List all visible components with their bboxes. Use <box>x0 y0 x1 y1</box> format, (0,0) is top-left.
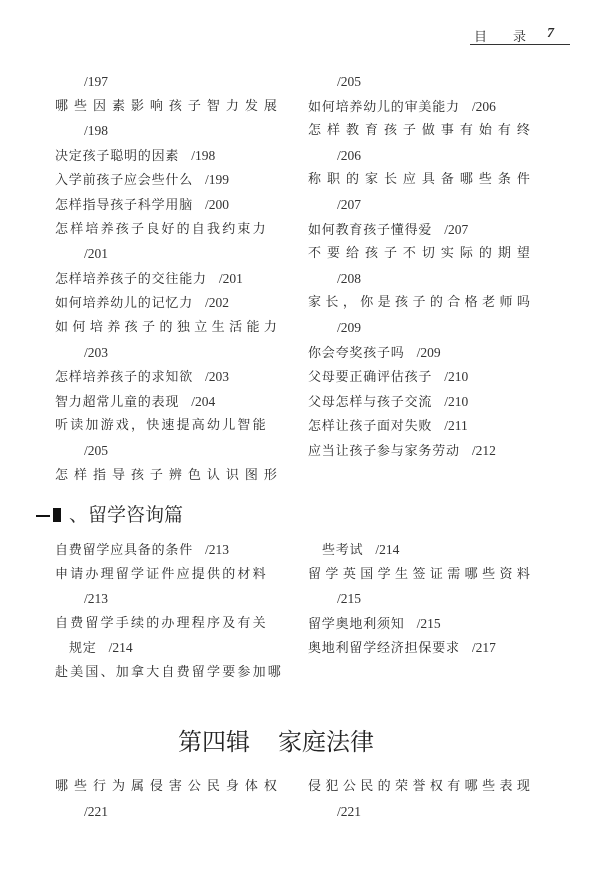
toc-entry-title: 侵犯公民的荣誉权有哪些表现 <box>308 779 530 795</box>
toc-entry: /206 <box>337 148 361 165</box>
toc-entry-page: /215 <box>417 616 441 631</box>
section-heading-study-abroad: 、留学咨询篇 <box>36 504 183 526</box>
toc-entry: 怎样让孩子面对失败/211 <box>308 418 468 435</box>
part-title: 第四辑家庭法律 <box>178 727 374 757</box>
toc-entry: 父母怎样与孩子交流/210 <box>308 394 468 411</box>
toc-entry: 自费留学应具备的条件/213 <box>55 542 229 559</box>
toc-entry-title: 智力超常儿童的表现 <box>55 395 179 410</box>
toc-entry: 决定孩子聪明的因素/198 <box>55 148 215 165</box>
toc-entry-page: /207 <box>444 222 468 237</box>
toc-entry: 应当让孩子参与家务劳动/212 <box>308 443 496 460</box>
toc-entry-page: /221 <box>84 804 108 819</box>
toc-entry-page: /214 <box>375 542 399 557</box>
toc-entry-page: /210 <box>444 369 468 384</box>
part-name: 家庭法律 <box>278 728 374 756</box>
toc-entry-title: 自费留学手续的办理程序及有关 <box>55 616 268 631</box>
toc-entry: /221 <box>337 804 361 821</box>
toc-entry: /208 <box>337 271 361 288</box>
toc-entry-title: 怎样培养孩子良好的自我约束力 <box>55 222 268 237</box>
toc-entry: 不要给孩子不切实际的期望 <box>308 246 530 262</box>
toc-entry-page: /206 <box>337 148 361 163</box>
toc-entry: 如何培养幼儿的审美能力/206 <box>308 99 496 116</box>
toc-entry-title: 父母怎样与孩子交流 <box>308 395 432 410</box>
toc-entry-page: /213 <box>205 542 229 557</box>
toc-entry: /205 <box>337 74 361 91</box>
toc-entry-title: 留学英国学生签证需哪些资料 <box>308 567 530 583</box>
toc-entry: 规定/214 <box>69 640 133 657</box>
toc-entry-page: /208 <box>337 271 361 286</box>
toc-entry: 怎样指导孩子科学用脑/200 <box>55 197 229 214</box>
toc-entry-title: 应当让孩子参与家务劳动 <box>308 444 460 459</box>
toc-entry-page: /203 <box>205 369 229 384</box>
toc-entry: /207 <box>337 197 361 214</box>
toc-entry: /198 <box>84 123 108 140</box>
running-header: 目 录 7 <box>470 26 570 45</box>
toc-entry: 怎样指导孩子辨色认识图形 <box>55 468 277 484</box>
toc-entry: 怎样教育孩子做事有始有终 <box>308 123 530 139</box>
block-mark <box>53 508 61 522</box>
toc-entry: /213 <box>84 591 108 608</box>
toc-entry: /205 <box>84 443 108 460</box>
toc-entry: 智力超常儿童的表现/204 <box>55 394 215 411</box>
toc-entry-page: /209 <box>417 345 441 360</box>
dash-mark <box>36 515 50 517</box>
toc-entry: 怎样培养孩子的交往能力/201 <box>55 271 243 288</box>
toc-entry: 留学奥地利须知/215 <box>308 616 441 633</box>
toc-entry-title: 怎样让孩子面对失败 <box>308 419 432 434</box>
toc-entry-title: 申请办理留学证件应提供的材料 <box>55 567 268 582</box>
toc-entry: /209 <box>337 320 361 337</box>
toc-entry-title: 如何培养幼儿的审美能力 <box>308 100 460 115</box>
toc-entry-title: 入学前孩子应会些什么 <box>55 173 193 188</box>
toc-entry: 父母要正确评估孩子/210 <box>308 369 468 386</box>
toc-entry-page: /207 <box>337 197 361 212</box>
toc-entry: 称职的家长应具备哪些条件 <box>308 172 530 188</box>
toc-entry-page: /199 <box>205 172 229 187</box>
toc-entry-page: /206 <box>472 99 496 114</box>
toc-entry-title: 留学奥地利须知 <box>308 617 405 632</box>
toc-entry: /201 <box>84 246 108 263</box>
section-heading-text: 、留学咨询篇 <box>69 504 183 526</box>
toc-entry-page: /210 <box>444 394 468 409</box>
toc-entry-page: /214 <box>109 640 133 655</box>
toc-entry-page: /205 <box>337 74 361 89</box>
toc-entry-title: 赴美国、加拿大自费留学要参加哪 <box>55 665 283 680</box>
toc-entry: 些考试/214 <box>322 542 399 559</box>
toc-entry-title: 如何教育孩子懂得爱 <box>308 223 432 238</box>
toc-entry-title: 父母要正确评估孩子 <box>308 370 432 385</box>
toc-entry-page: /209 <box>337 320 361 335</box>
toc-entry-title: 哪些行为属侵害公民身体权 <box>55 779 277 795</box>
toc-entry: /215 <box>337 591 361 608</box>
header-title-char-1: 目 <box>474 26 487 45</box>
toc-entry: 哪些行为属侵害公民身体权 <box>55 779 277 795</box>
toc-entry-page: /213 <box>84 591 108 606</box>
toc-entry: 如何教育孩子懂得爱/207 <box>308 222 468 239</box>
toc-entry-page: /211 <box>444 418 468 433</box>
toc-entry-page: /221 <box>337 804 361 819</box>
toc-entry: 听读加游戏，快速提高幼儿智能 <box>55 418 268 434</box>
toc-entry: 留学英国学生签证需哪些资料 <box>308 567 530 583</box>
toc-entry-page: /202 <box>205 295 229 310</box>
toc-entry-title: 家长，你是孩子的合格老师吗 <box>308 295 530 311</box>
toc-entry: 奥地利留学经济担保要求/217 <box>308 640 496 657</box>
toc-entry: /221 <box>84 804 108 821</box>
toc-entry-page: /203 <box>84 345 108 360</box>
toc-entry-title: 听读加游戏，快速提高幼儿智能 <box>55 418 268 433</box>
toc-entry-title: 怎样指导孩子科学用脑 <box>55 198 193 213</box>
toc-entry-page: /201 <box>219 271 243 286</box>
toc-entry-page: /200 <box>205 197 229 212</box>
header-title-char-2: 录 <box>513 26 526 45</box>
toc-entry-page: /212 <box>472 443 496 458</box>
toc-entry-title: 自费留学应具备的条件 <box>55 543 193 558</box>
toc-entry-title: 决定孩子聪明的因素 <box>55 149 179 164</box>
toc-entry-title: 怎样指导孩子辨色认识图形 <box>55 468 277 484</box>
toc-entry: 侵犯公民的荣誉权有哪些表现 <box>308 779 530 795</box>
toc-entry-page: /217 <box>472 640 496 655</box>
toc-entry-title: 奥地利留学经济担保要求 <box>308 641 460 656</box>
toc-entry-title: 哪些因素影响孩子智力发展 <box>55 99 277 115</box>
toc-entry: 申请办理留学证件应提供的材料 <box>55 567 268 583</box>
toc-entry: 入学前孩子应会些什么/199 <box>55 172 229 189</box>
toc-entry-title: 规定 <box>69 641 97 656</box>
toc-entry-title: 不要给孩子不切实际的期望 <box>308 246 530 262</box>
toc-entry-title: 怎样教育孩子做事有始有终 <box>308 123 530 139</box>
toc-entry-page: /204 <box>191 394 215 409</box>
part-number: 第四辑 <box>178 728 250 756</box>
toc-entry-title: 怎样培养孩子的求知欲 <box>55 370 193 385</box>
toc-entry: /197 <box>84 74 108 91</box>
toc-entry: 赴美国、加拿大自费留学要参加哪 <box>55 665 283 681</box>
toc-entry: 自费留学手续的办理程序及有关 <box>55 616 268 632</box>
toc-entry: 如何培养孩子的独立生活能力 <box>55 320 277 336</box>
toc-entry: /203 <box>84 345 108 362</box>
toc-entry-title: 些考试 <box>322 543 363 558</box>
toc-entry-page: /215 <box>337 591 361 606</box>
toc-entry: 家长，你是孩子的合格老师吗 <box>308 295 530 311</box>
toc-entry-page: /198 <box>84 123 108 138</box>
toc-entry: 如何培养幼儿的记忆力/202 <box>55 295 229 312</box>
toc-entry-page: /198 <box>191 148 215 163</box>
toc-entry-title: 如何培养孩子的独立生活能力 <box>55 320 277 336</box>
toc-entry: 怎样培养孩子良好的自我约束力 <box>55 222 268 238</box>
toc-entry: 哪些因素影响孩子智力发展 <box>55 99 277 115</box>
toc-entry-title: 怎样培养孩子的交往能力 <box>55 272 207 287</box>
toc-entry: 怎样培养孩子的求知欲/203 <box>55 369 229 386</box>
toc-entry: 你会夸奖孩子吗/209 <box>308 345 441 362</box>
toc-entry-page: /201 <box>84 246 108 261</box>
toc-entry-page: /197 <box>84 74 108 89</box>
toc-entry-page: /205 <box>84 443 108 458</box>
page-number: 7 <box>547 26 554 42</box>
toc-entry-title: 如何培养幼儿的记忆力 <box>55 296 193 311</box>
toc-entry-title: 称职的家长应具备哪些条件 <box>308 172 530 188</box>
toc-entry-title: 你会夸奖孩子吗 <box>308 346 405 361</box>
